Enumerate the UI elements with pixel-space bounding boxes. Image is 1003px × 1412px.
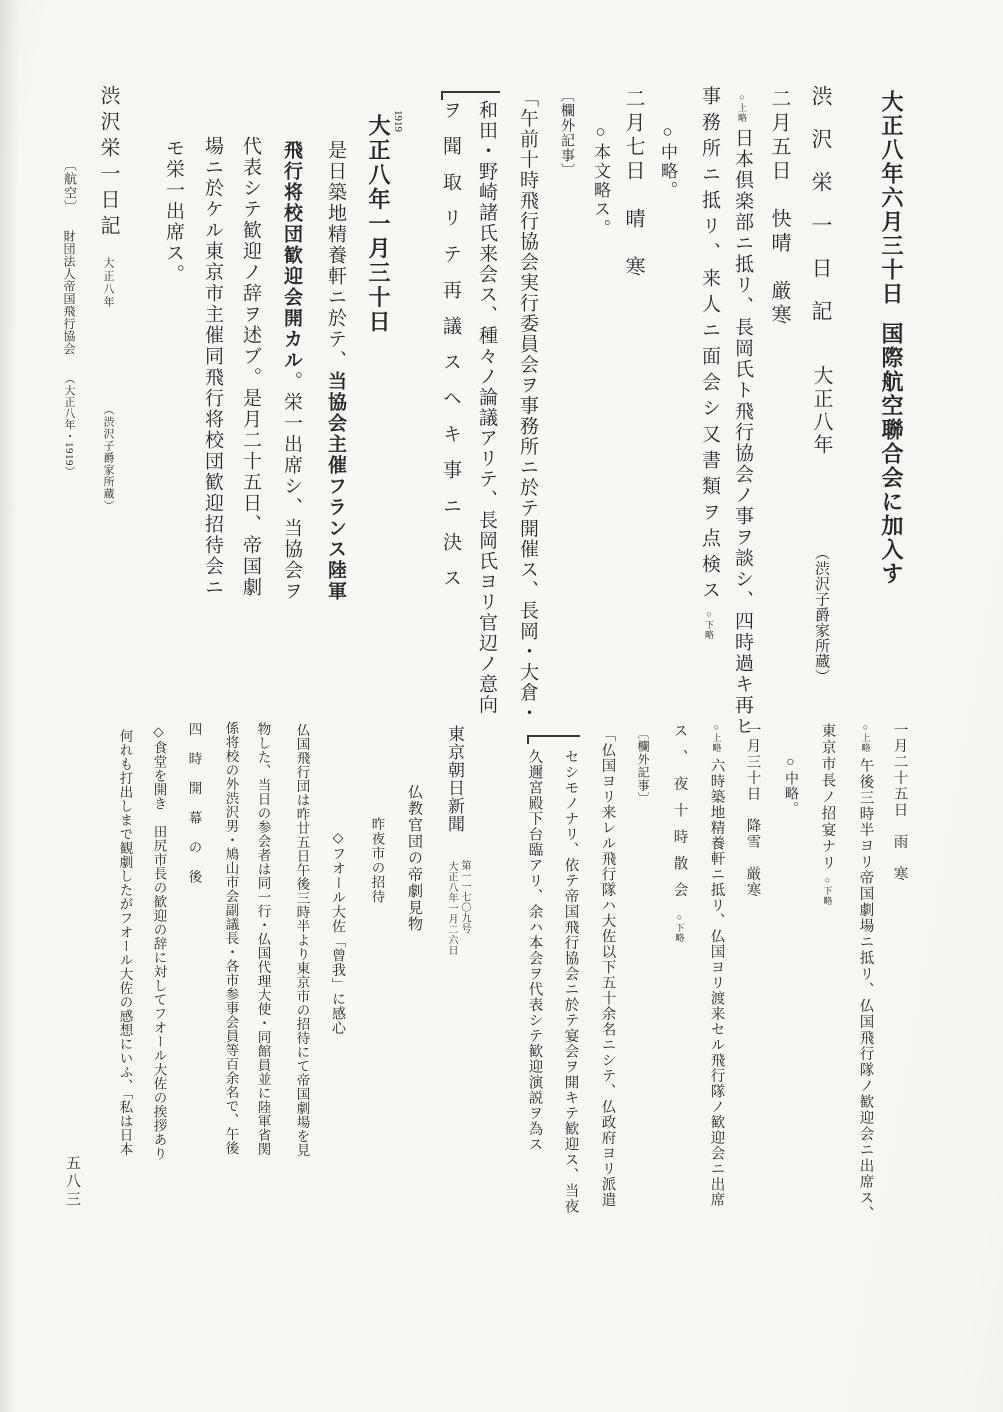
quote-continuation-line <box>527 735 580 737</box>
entry1-quote-line: 「午前十時飛行協会実行委員会ヲ事務所ニ於テ開催ス、長岡・大倉・ <box>518 88 537 724</box>
entry2-year-note: 1919 <box>392 110 403 132</box>
diary-text: 東京市長ノ招宴ナリ <box>820 723 836 872</box>
scanned-book-page: 大正八年六月三十日国際航空聯合会に加入す 渋沢栄一日記大正八年（渋沢子爵家所蔵）… <box>0 0 1003 1412</box>
entry1-source: 渋沢栄一日記大正八年（渋沢子爵家所蔵） <box>810 85 831 685</box>
diary-text: 事務所ニ抵リ、来人ニ面会シ又書類ヲ点検ス <box>699 86 720 606</box>
omission-mark-top: ○上略 <box>737 92 747 123</box>
diary-text: 日本倶楽部ニ抵リ、長岡氏ト飛行協会ノ事ヲ談シ、四時過キ再ヒ <box>732 128 753 737</box>
entry3-date-jan25: 一月二十五日 雨 寒 <box>892 722 907 882</box>
omission-mark-top: ○上略 <box>712 722 722 753</box>
entry2-heading-date: 大正八年一月三十日 <box>367 114 389 335</box>
entry1-omission-note: ○中略。 <box>659 122 676 200</box>
newspaper-issue-date: 大正八年一月二六日 <box>446 861 456 956</box>
entry3-diary-line: 東京市長ノ招宴ナリ○下略 <box>820 723 835 906</box>
entry2-body-line: 飛行将校団歓迎会開カル。栄一出席シ、当協会ヲ <box>282 140 301 602</box>
emphasized-text: 飛行将校団歓迎会開カル <box>281 140 302 371</box>
entry2-body-line: 場ニ於ケル東京市主催同飛行将校団歓迎招待会ニ <box>203 136 222 598</box>
quote-continuation-line <box>441 91 500 93</box>
entry1-diary-line: 事務所ニ抵リ、来人ニ面会シ又書類ヲ点検ス○下略 <box>700 86 719 640</box>
newspaper-body-line: 何れも打出しまで観劇したがフオール大佐の感想にいふ、「私は日本 <box>118 729 132 1156</box>
entry3-diary-line: ○上略六時築地精養軒ニ抵リ、仏国ヨリ渡来セル飛行隊ノ歓迎会ニ出席 <box>709 722 724 1208</box>
entry1-diary-line: ○上略日本倶楽部ニ抵リ、長岡氏ト飛行協会ノ事ヲ談シ、四時過キ再ヒ <box>733 92 752 737</box>
entry1-heading-title: 国際航空聯合会に加入す <box>879 322 904 586</box>
diary-text: 六時築地精養軒ニ抵リ、仏国ヨリ渡来セル飛行隊ノ歓迎会ニ出席 <box>709 758 725 1208</box>
entry3-quote-line: セシモノナリ、依テ帝国飛行協会ニ於テ宴会ヲ開キテ歓迎ス、当夜 <box>563 749 578 1214</box>
newspaper-body-line: 四時開幕の後 <box>187 722 201 899</box>
omission-mark-bottom: ○下略 <box>675 912 685 943</box>
entry1-source-title: 渋沢栄一日記 <box>809 85 833 343</box>
entry3-diary-line: ス、夜十時散会○下略 <box>672 723 687 943</box>
entry1-heading-date: 大正八年六月三十日 <box>879 90 904 306</box>
diary-text: ス、夜十時散会 <box>672 723 688 909</box>
newspaper-lead-line: ◇フオール大佐「曾我」に感心 <box>330 830 344 1035</box>
entry3-date-jan30: 一月三十日 降雪 厳寒 <box>745 722 760 898</box>
emphasized-text: 当協会主催フランス陸軍 <box>325 371 346 602</box>
entry2-body-line: 代表シテ歓迎ノ辞ヲ述ブ。是月二十五日、帝国劇 <box>241 136 260 598</box>
entry3-quote-line: 久邇宮殿下台臨アリ、余ハ本会ヲ代表シテ歓迎演説ヲ為ス <box>527 749 542 1152</box>
body-text: 是日築地精養軒ニ於テ、 <box>325 140 346 371</box>
work-title-text: 渋沢栄一日記 <box>97 85 119 241</box>
entry3-omission-note: ○中略。 <box>783 755 797 816</box>
entry1-source-note: （渋沢子爵家所蔵） <box>813 545 829 685</box>
entry1-heading: 大正八年六月三十日国際航空聯合会に加入す <box>880 90 902 586</box>
newspaper-body-line: ◇食堂を開き 田尻市長の歓迎の辞に対してフオール大佐の挨拶あり <box>152 724 166 1161</box>
diary-text: 午後三時半ヨリ帝国劇場ニ抵リ、仏国飛行隊ノ歓迎会ニ出席ス、 <box>858 758 874 1222</box>
entry3-margin-note-label: 〔欄外記事〕 <box>637 727 649 805</box>
newspaper-subhead: 昨夜市の招待 <box>370 817 384 904</box>
entry1-margin-note-label: 〔欄外記事〕 <box>559 88 573 178</box>
body-text: 。栄一出席シ、当協会ヲ <box>281 371 302 602</box>
omission-mark-bottom: ○下略 <box>704 609 714 640</box>
years-text: （大正八年・1919） <box>63 373 75 478</box>
entry1-date-feb7: 二月七日 晴 寒 <box>623 88 643 280</box>
entry2-body-line: モ栄一出席ス。 <box>164 138 183 285</box>
entry1-date-feb5: 二月五日 快晴 厳寒 <box>769 88 789 328</box>
category-text: 〔航空〕 <box>62 158 77 214</box>
newspaper-issue-number: 第一一七〇九号 <box>459 860 469 934</box>
newspaper-headline: 仏教官団の帝劇見物 <box>406 784 421 933</box>
newspaper-body-line: 仏国飛行団は昨廿五日午後三時半より東京市の招待にて帝国劇場を見 <box>295 723 309 1157</box>
newspaper-body-line: 係将校の外渋沢男・鳩山市会副議長・各市参事会員等百余名で、午後 <box>224 721 238 1155</box>
omission-mark-bottom: ○下略 <box>823 875 833 906</box>
entry3-diary-line: ○上略午後三時半ヨリ帝国劇場ニ抵リ、仏国飛行隊ノ歓迎会ニ出席ス、 <box>858 722 873 1222</box>
entry1-quote-line: 和田・野崎諸氏来会ス、種々ノ論議アリテ、長岡氏ヨリ官辺ノ意向 <box>477 100 496 715</box>
entry2-body-line: 是日築地精養軒ニ於テ、当協会主催フランス陸軍 <box>326 140 345 602</box>
work-source-text: （渋沢子爵家所蔵） <box>102 404 114 512</box>
margin-work-title: 渋沢栄一日記大正八年（渋沢子爵家所蔵） <box>98 85 118 512</box>
entry3-quote-line: 「仏国ヨリ来レル飛行隊ハ大佐以下五十余名ニシテ、仏政府ヨリ派遣 <box>600 727 615 1208</box>
entry1-source-era: 大正八年 <box>810 365 832 457</box>
omission-mark-top: ○上略 <box>861 722 871 753</box>
work-era-text: 大正八年 <box>102 257 114 309</box>
entry1-quote-line: ヲ聞取リテ再議スヘキ事ニ決ス <box>441 100 460 604</box>
page-number: 五八三 <box>64 1155 79 1209</box>
entry1-omission-note: ○本文略ス。 <box>592 122 609 238</box>
newspaper-name: 東京朝日新聞 <box>446 725 463 833</box>
margin-category-tag: 〔航空〕財団法人帝国飛行協会（大正八年・1919） <box>63 158 76 478</box>
organization-text: 財団法人帝国飛行協会 <box>62 230 76 355</box>
newspaper-body-line: 物した、当日の参会者は同一行・仏国代理大使・同館員並に陸軍省関 <box>256 722 270 1156</box>
